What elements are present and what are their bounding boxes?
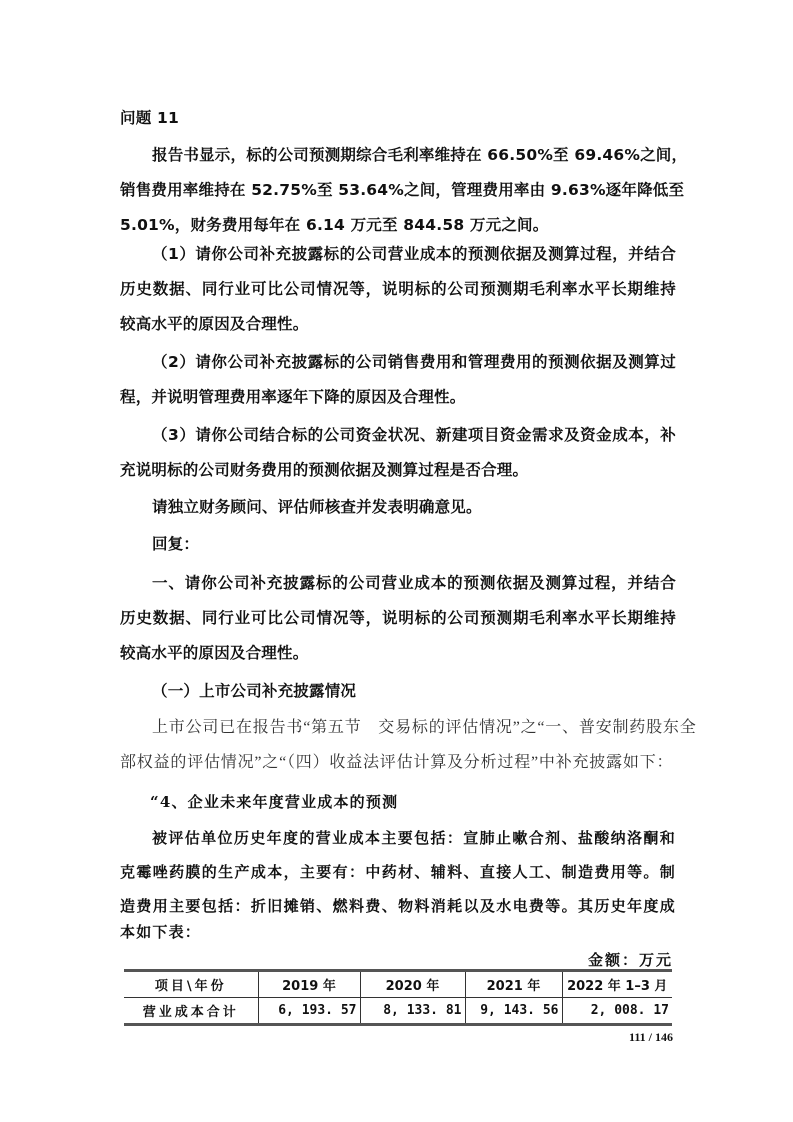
sub1-line-3: 较高水平的原因及合理性。 (120, 314, 676, 334)
sub1-line-2: 历史数据、同行业可比公司情况等，说明标的公司预测期毛利率水平长期维持 (120, 279, 676, 299)
reply-section1-line-3: 较高水平的原因及合理性。 (120, 643, 676, 663)
header-item-year: 项目\年份 (124, 971, 258, 998)
intro-line-2: 销售费用率维持在 52.75%至 53.64%之间，管理费用率由 9.63%逐年… (120, 180, 676, 200)
sub1-line-1: （1）请你公司补充披露标的公司营业成本的预测依据及测算过程，并结合 (152, 244, 676, 264)
quote-heading: “4、企业未来年度营业成本的预测 (150, 792, 706, 812)
question-title: 问题 11 (120, 108, 676, 128)
reply-section1-line-2: 历史数据、同行业可比公司情况等，说明标的公司预测期毛利率水平长期维持 (120, 608, 676, 628)
verification-request: 请独立财务顾问、评估师核查并发表明确意见。 (152, 497, 708, 517)
cell-2020: 8, 133. 81 (360, 998, 465, 1025)
header-2020: 2020 年 (360, 971, 465, 998)
cell-2021: 9, 143. 56 (465, 998, 562, 1025)
quote-line-1: 被评估单位历史年度的营业成本主要包括：宣肺止嗽合剂、盐酸纳洛酮和 (152, 828, 676, 848)
table-unit-label: 金额：万元 (588, 949, 673, 970)
reply-label: 回复： (152, 534, 708, 554)
sub2-line-1: （2）请你公司补充披露标的公司销售费用和管理费用的预测依据及测算过 (152, 352, 676, 372)
disclosure-line-1: 上市公司已在报告书“第五节 交易标的评估情况”之“一、普安制药股东全 (152, 718, 676, 738)
quote-line-4: 本如下表： (120, 922, 676, 942)
document-page: 问题 11 报告书显示，标的公司预测期综合毛利率维持在 66.50%至 69.4… (0, 0, 793, 1122)
table-header-row: 项目\年份 2019 年 2020 年 2021 年 2022 年 1–3 月 (124, 971, 672, 998)
intro-line-3: 5.01%，财务费用每年在 6.14 万元至 844.58 万元之间。 (120, 215, 676, 235)
sub3-line-2: 充说明标的公司财务费用的预测依据及测算过程是否合理。 (120, 460, 676, 480)
page-number: 111 / 146 (629, 1030, 673, 1045)
cell-2022-q1: 2, 008. 17 (562, 998, 672, 1025)
cell-2019: 6, 193. 57 (258, 998, 360, 1025)
disclosure-line-2: 部权益的评估情况”之“（四）收益法评估计算及分析过程”中补充披露如下： (120, 753, 676, 773)
intro-line-1: 报告书显示，标的公司预测期综合毛利率维持在 66.50%至 69.46%之间， (152, 145, 676, 165)
operating-cost-table: 项目\年份 2019 年 2020 年 2021 年 2022 年 1–3 月 … (124, 969, 672, 1026)
sub2-line-2: 程，并说明管理费用率逐年下降的原因及合理性。 (120, 387, 676, 407)
header-2019: 2019 年 (258, 971, 360, 998)
quote-line-2: 克霉唑药膜的生产成本，主要有：中药材、辅料、直接人工、制造费用等。制 (120, 862, 676, 882)
sub3-line-1: （3）请你公司结合标的公司资金状况、新建项目资金需求及资金成本，补 (152, 425, 676, 445)
row-label: 营业成本合计 (124, 998, 258, 1025)
subsection-title: （一）上市公司补充披露情况 (152, 681, 708, 701)
header-2022-q1: 2022 年 1–3 月 (562, 971, 672, 998)
header-2021: 2021 年 (465, 971, 562, 998)
table-row: 营业成本合计 6, 193. 57 8, 133. 81 9, 143. 56 … (124, 998, 672, 1025)
reply-section1-line-1: 一、请你公司补充披露标的公司营业成本的预测依据及测算过程，并结合 (152, 573, 676, 593)
quote-line-3: 造费用主要包括：折旧摊销、燃料费、物料消耗以及水电费等。其历史年度成 (120, 896, 676, 916)
